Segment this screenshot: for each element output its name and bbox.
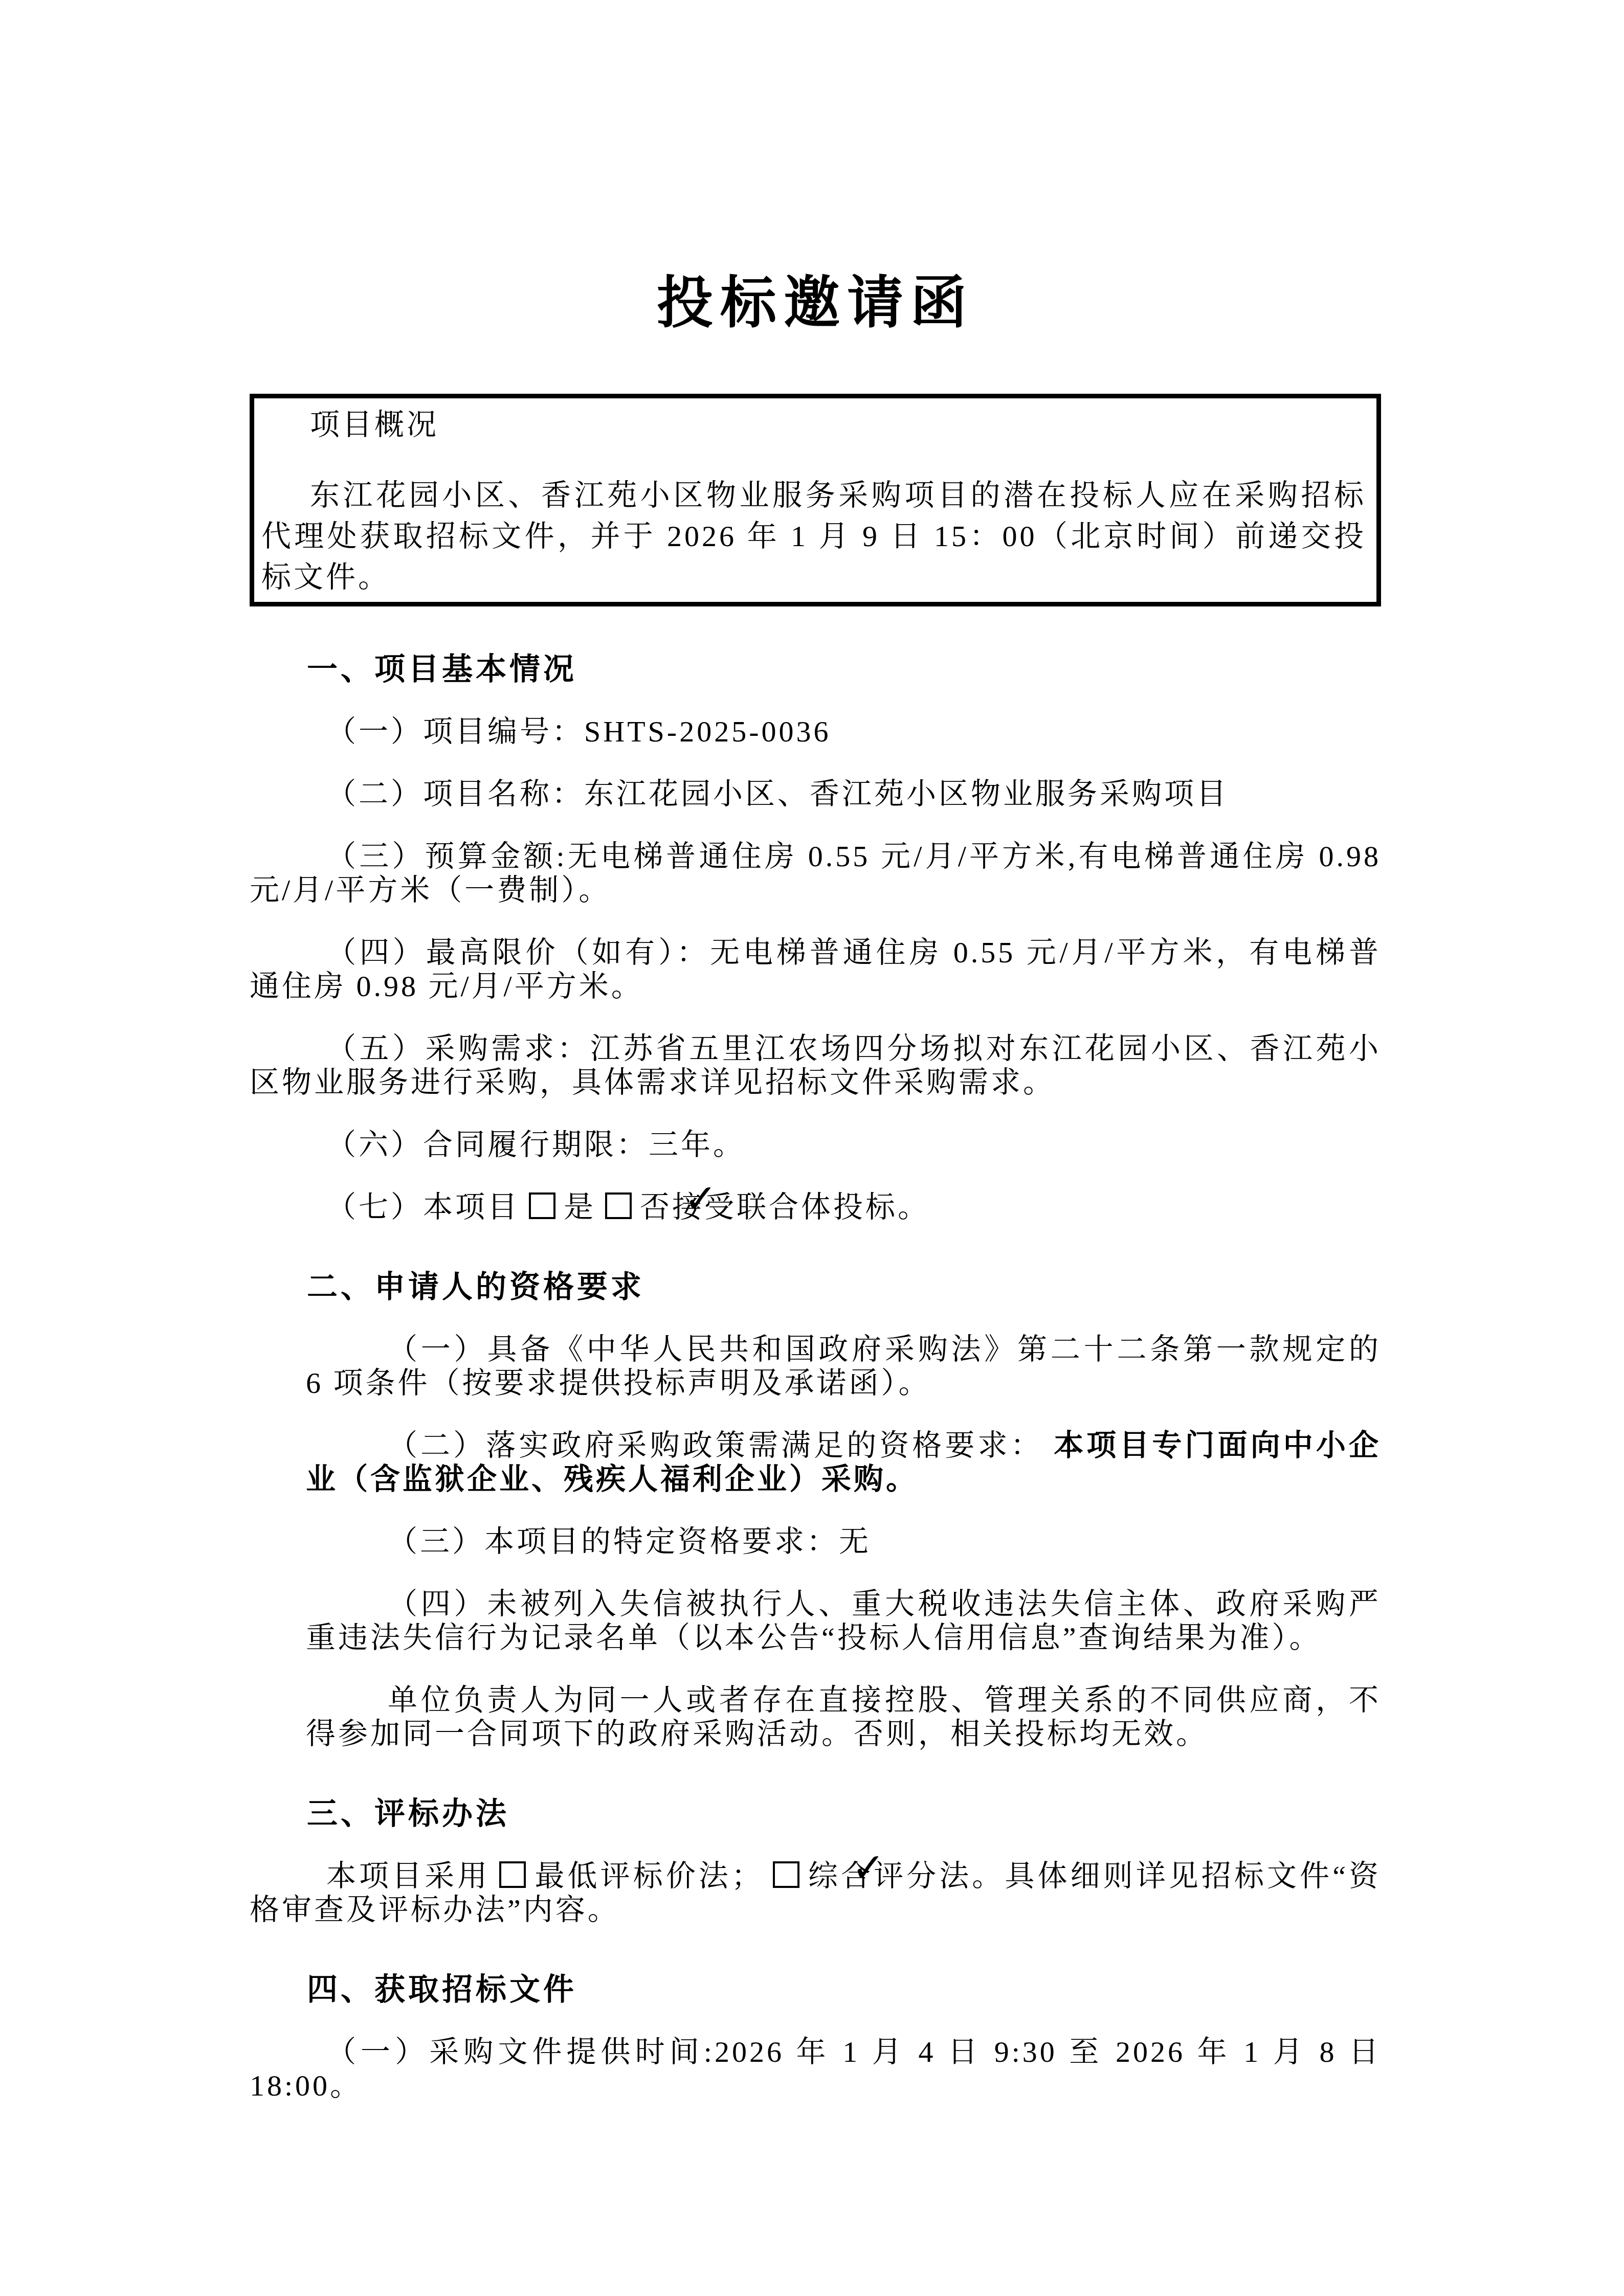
section1-item-budget: （三）预算金额:无电梯普通住房 0.55 元/月/平方米,有电梯普通住房 0.9… [250, 840, 1381, 907]
section2-item-basic-conditions: （一）具备《中华人民共和国政府采购法》第二十二条第一款规定的 6 项条件（按要求… [306, 1333, 1381, 1400]
section2-item-policy-requirement: （二）落实政府采购政策需满足的资格要求： 本项目专门面向中小企业（含监狱企业、残… [306, 1429, 1381, 1496]
overview-box-paragraph: 东江花园小区、香江苑小区物业服务采购项目的潜在投标人应在采购招标代理处获取招标文… [261, 475, 1366, 598]
section1-item-project-number: （一）项目编号：SHTS-2025-0036 [250, 715, 1381, 749]
section3-evaluation-method: 本项目采用最低评标价法；✓综合评分法。具体细则详见招标文件“资格审查及评标办法”… [250, 1859, 1381, 1927]
document-content: 投标邀请函 项目概况 东江花园小区、香江苑小区物业服务采购项目的潜在投标人应在采… [250, 270, 1381, 2103]
section4-item-document-time: （一）采购文件提供时间:2026 年 1 月 4 日 9:30 至 2026 年… [250, 2035, 1381, 2103]
section1-item-price-cap: （四）最高限价（如有）：无电梯普通住房 0.55 元/月/平方米，有电梯普通住房… [250, 936, 1381, 1003]
section2-note-same-responsible-person: 单位负责人为同一人或者存在直接控股、管理关系的不同供应商，不得参加同一合同项下的… [306, 1683, 1381, 1751]
check-mark-icon: ✓ [607, 1179, 717, 1219]
section1-item-project-name: （二）项目名称：东江花园小区、香江苑小区物业服务采购项目 [250, 777, 1381, 811]
joint-bid-prefix: （七）本项目 [326, 1190, 520, 1224]
checkbox-checked-comprehensive-icon: ✓ [773, 1861, 799, 1888]
section1-item-contract-term: （六）合同履行期限：三年。 [250, 1128, 1381, 1162]
document-page: 投标邀请函 项目概况 东江花园小区、香江苑小区物业服务采购项目的潜在投标人应在采… [0, 0, 1624, 2296]
evaluation-method-prefix: 本项目采用 [326, 1859, 490, 1893]
joint-bid-yes-label: 是 [564, 1190, 596, 1224]
project-overview-box: 项目概况 东江花园小区、香江苑小区物业服务采购项目的潜在投标人应在采购招标代理处… [250, 394, 1381, 606]
document-title: 投标邀请函 [250, 270, 1381, 336]
checkbox-unchecked-yes-icon [529, 1192, 555, 1219]
policy-requirement-label: （二）落实政府采购政策需满足的资格要求： [388, 1429, 1054, 1462]
section1-item-joint-bid: （七）本项目是✓否接受联合体投标。 [250, 1190, 1381, 1224]
overview-box-heading: 项目概况 [261, 404, 1366, 445]
evaluation-option-lowest-price: 最低评标价法； [534, 1859, 764, 1893]
section2-item-specific-requirement: （三）本项目的特定资格要求：无 [306, 1525, 1381, 1559]
section1-item-procurement-demand: （五）采购需求：江苏省五里江农场四分场拟对东江花园小区、香江苑小区物业服务进行采… [250, 1032, 1381, 1099]
check-mark-icon: ✓ [775, 1848, 885, 1888]
section3-heading: 三、评标办法 [307, 1797, 1381, 1831]
checkbox-unchecked-lowest-price-icon [499, 1861, 526, 1888]
section1-heading: 一、项目基本情况 [307, 652, 1381, 686]
section4-heading: 四、获取招标文件 [307, 1973, 1381, 2007]
section2-heading: 二、申请人的资格要求 [307, 1270, 1381, 1304]
section2-item-credit-record: （四）未被列入失信被执行人、重大税收违法失信主体、政府采购严重违法失信行为记录名… [306, 1587, 1381, 1655]
checkbox-checked-no-icon: ✓ [605, 1192, 632, 1219]
